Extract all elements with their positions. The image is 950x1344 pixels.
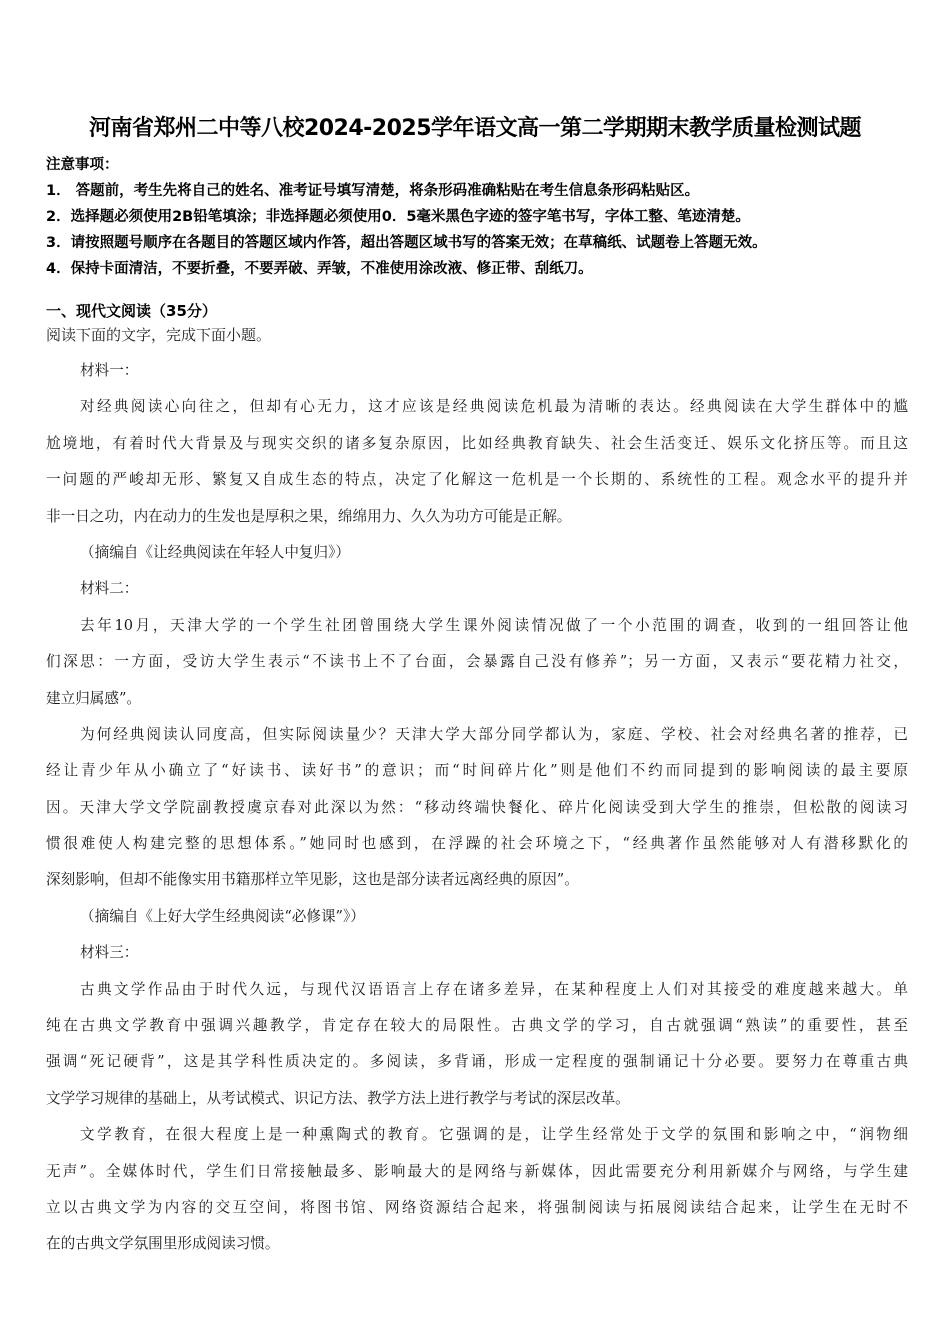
material-3-line: 立以古典文学为内容的交互空间，将图书馆、网络资源结合起来，将强制阅读与拓展阅读结… (46, 1190, 908, 1226)
material-3-line: 在的古典文学氛围里形成阅读习惯。 (46, 1226, 908, 1262)
reading-materials: 材料一： 对经典阅读心向往之，但却有心无力，这才应该是经典阅读危机最为清晰的表达… (46, 353, 908, 1263)
material-2-source: （摘编自《上好大学生经典阅读“必修课”》） (46, 899, 908, 935)
section-heading: 一、现代文阅读（35分） (46, 299, 217, 323)
material-2-line: 惯很难使人构建完整的思想体系。”她同时也感到，在浮躁的社会环境之下，“经典著作虽… (46, 826, 908, 862)
material-3-label: 材料三： (46, 935, 908, 971)
notice-item: 2．选择题必须使用2B铅笔填涂；非选择题必须使用0．5毫米黑色字迹的签字笔书写，… (46, 204, 916, 230)
material-2-line: 去年10月，天津大学的一个学生社团曾围绕大学生课外阅读情况做了一个小范围的调查，… (46, 608, 908, 644)
notice-heading: 注意事项： (46, 152, 916, 178)
material-3-line: 无声”。全媒体时代，学生们日常接触最多、影响最大的是网络与新媒体，因此需要充分利… (46, 1154, 908, 1190)
exam-page: 河南省郑州二中等八校2024-2025学年语文高一第二学期期末教学质量检测试题 … (0, 0, 950, 1344)
material-1-line: 对经典阅读心向往之，但却有心无力，这才应该是经典阅读危机最为清晰的表达。经典阅读… (46, 389, 908, 425)
notice-item: 4．保持卡面清洁，不要折叠，不要弄破、弄皱，不准使用涂改液、修正带、刮纸刀。 (46, 256, 916, 282)
material-1-line: 非一日之功，内在动力的生发也是厚积之果，绵绵用力、久久为功方可能是正解。 (46, 499, 908, 535)
material-3-line: 文学教育，在很大程度上是一种熏陶式的教育。它强调的是，让学生经常处于文学的氛围和… (46, 1117, 908, 1153)
material-1-source: （摘编自《让经典阅读在年轻人中复归》） (46, 535, 908, 571)
material-2-line: 深刻影响，但却不能像实用书籍那样立竿见影，这也是部分读者远离经典的原因”。 (46, 862, 908, 898)
notice-item: 1． 答题前，考生先将自己的姓名、准考证号填写清楚，将条形码准确粘贴在考生信息条… (46, 178, 916, 204)
material-3-line: 古典文学作品由于时代久远，与现代汉语语言上存在诸多差异，在某种程度上人们对其接受… (46, 972, 908, 1008)
material-3-line: 纯在古典文学教育中强调兴趣教学，肯定存在较大的局限性。古典文学的学习，自古就强调… (46, 1008, 908, 1044)
material-1-line: 一问题的严峻却无形、繁复又自成生态的特点，决定了化解这一危机是一个长期的、系统性… (46, 462, 908, 498)
material-2-line: 们深思：一方面，受访大学生表示“不读书上不了台面，会暴露自己没有修养”；另一方面… (46, 644, 908, 680)
material-3-line: 强调“死记硬背”，这是其学科性质决定的。多阅读，多背诵，形成一定程度的强制诵记十… (46, 1044, 908, 1080)
section-instruction: 阅读下面的文字，完成下面小题。 (46, 323, 271, 347)
material-1-line: 尬境地，有着时代大背景及与现实交织的诸多复杂原因，比如经典教育缺失、社会生活变迁… (46, 426, 908, 462)
document-title: 河南省郑州二中等八校2024-2025学年语文高一第二学期期末教学质量检测试题 (0, 111, 950, 142)
material-2-label: 材料二： (46, 571, 908, 607)
notice-item: 3．请按照题号顺序在各题目的答题区域内作答，超出答题区域书写的答案无效；在草稿纸… (46, 230, 916, 256)
material-2-line: 建立归属感”。 (46, 681, 908, 717)
material-3-line: 文学学习规律的基础上，从考试模式、识记方法、教学方法上进行教学与考试的深层改革。 (46, 1081, 908, 1117)
material-2-line: 因。天津大学文学院副教授虞京春对此深以为然：“移动终端快餐化、碎片化阅读受到大学… (46, 790, 908, 826)
material-2-line: 经让青少年从小确立了“好读书、读好书”的意识；而“时间碎片化”则是他们不约而同提… (46, 753, 908, 789)
notice-block: 注意事项： 1． 答题前，考生先将自己的姓名、准考证号填写清楚，将条形码准确粘贴… (46, 152, 916, 282)
material-2-line: 为何经典阅读认同度高，但实际阅读量少？天津大学大部分同学都认为，家庭、学校、社会… (46, 717, 908, 753)
material-1-label: 材料一： (46, 353, 908, 389)
